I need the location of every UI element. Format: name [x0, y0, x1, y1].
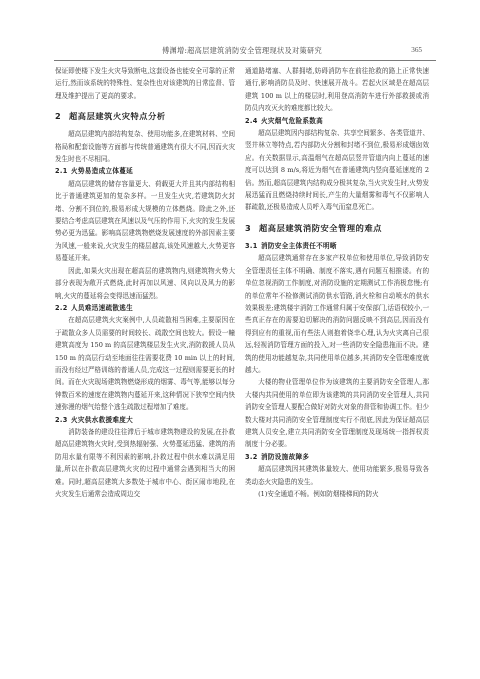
section-number: 3 [245, 221, 259, 235]
subsection-title: 消防设施故障多 [261, 453, 309, 461]
body-paragraph: 超高层建筑通常存在多家产权单位和使用单位,导致消防安全管理责任主体不明确、制度不… [245, 252, 429, 376]
subsection-title: 消防安全主体责任不明晰 [261, 242, 337, 250]
subsection-heading-2-2: 2.2人员难迅速疏散逃生 [55, 302, 235, 314]
section-intro-paragraph: 超高层建筑内部结构复杂、使用功能多,在建筑材料、空间格局和配套设施等方面都与传统… [55, 128, 235, 165]
body-paragraph: 消防装备的建设往往滞后于城市建筑物建设的发展,在扑救超高层建筑物火灾时,受到热辐… [55, 426, 235, 500]
body-paragraph: (1)安全通道不畅。例如防烟楼梯间的防火 [245, 488, 429, 500]
section-heading-2: 2超高层建筑火灾特点分析 [55, 109, 235, 123]
subsection-heading-2-4: 2.4火灾烟气危险系数高 [245, 115, 429, 127]
section-number: 2 [55, 109, 69, 123]
section-heading-3: 3超高层建筑消防安全管理的难点 [245, 221, 429, 235]
right-column: 通道路堵塞、人群拥堵,妨碍消防车在前往抢救的路上正常快速通行,影响消防员及时、快… [245, 65, 429, 500]
page-header: 傅渊增:超高层建筑消防安全管理现状及对策研究 365 [54, 46, 436, 61]
page-number: 365 [411, 46, 422, 54]
body-paragraph: 大楼的物业管理单位作为该建筑的主要消防安全管理人,那大楼内共同使用的单位即为该建… [245, 376, 429, 450]
body-paragraph: 因此,如果火灾出现在超高层的建筑物内,则建筑物火势大部分表现为敞开式燃烧,此时再… [55, 265, 235, 302]
body-paragraph: 超高层建筑的储存容量更大、荷载更大并且其内部结构相比于普通建筑更加的复杂多样。一… [55, 178, 235, 265]
subsection-number: 3.2 [245, 451, 261, 463]
section-title: 超高层建筑火灾特点分析 [69, 111, 166, 121]
body-paragraph: 超高层建筑因内部结构复杂、共享空间繁多、各类管道井、竖井林立等特点,若内部防火分… [245, 127, 429, 214]
subsection-heading-3-2: 3.2消防设施故障多 [245, 451, 429, 463]
body-paragraph: 超高层建筑因其建筑体量较大、使用功能繁多,极易导致各类动态火灾隐患的发生。 [245, 463, 429, 488]
subsection-heading-2-1: 2.1火势易造成立体蔓延 [55, 165, 235, 177]
subsection-title: 火灾供水救援难度大 [71, 416, 133, 424]
continued-paragraph: 通道路堵塞、人群拥堵,妨碍消防车在前往抢救的路上正常快速通行,影响消防员及时、快… [245, 65, 429, 115]
subsection-heading-2-3: 2.3火灾供水救援难度大 [55, 414, 235, 426]
running-title: 傅渊增:超高层建筑消防安全管理现状及对策研究 [162, 46, 322, 56]
section-title: 超高层建筑消防安全管理的难点 [259, 223, 382, 233]
subsection-number: 2.3 [55, 414, 71, 426]
subsection-heading-3-1: 3.1消防安全主体责任不明晰 [245, 240, 429, 252]
subsection-number: 2.2 [55, 302, 71, 314]
subsection-title: 火灾烟气危险系数高 [261, 117, 323, 125]
subsection-title: 人员难迅速疏散逃生 [71, 304, 133, 312]
subsection-number: 2.4 [245, 115, 261, 127]
body-paragraph: 在超高层建筑火灾案例中,人员疏散相当困难,主要原因在于疏散众多人员需要的时间较长… [55, 314, 235, 413]
subsection-number: 2.1 [55, 165, 71, 177]
subsection-title: 火势易造成立体蔓延 [71, 167, 133, 175]
continued-paragraph: 保证即使楼下发生火灾导致断电,这套设备也能安全可靠的正常运行,然而该系统的特殊性… [55, 65, 235, 102]
left-column: 保证即使楼下发生火灾导致断电,这套设备也能安全可靠的正常运行,然而该系统的特殊性… [55, 65, 235, 500]
subsection-number: 3.1 [245, 240, 261, 252]
